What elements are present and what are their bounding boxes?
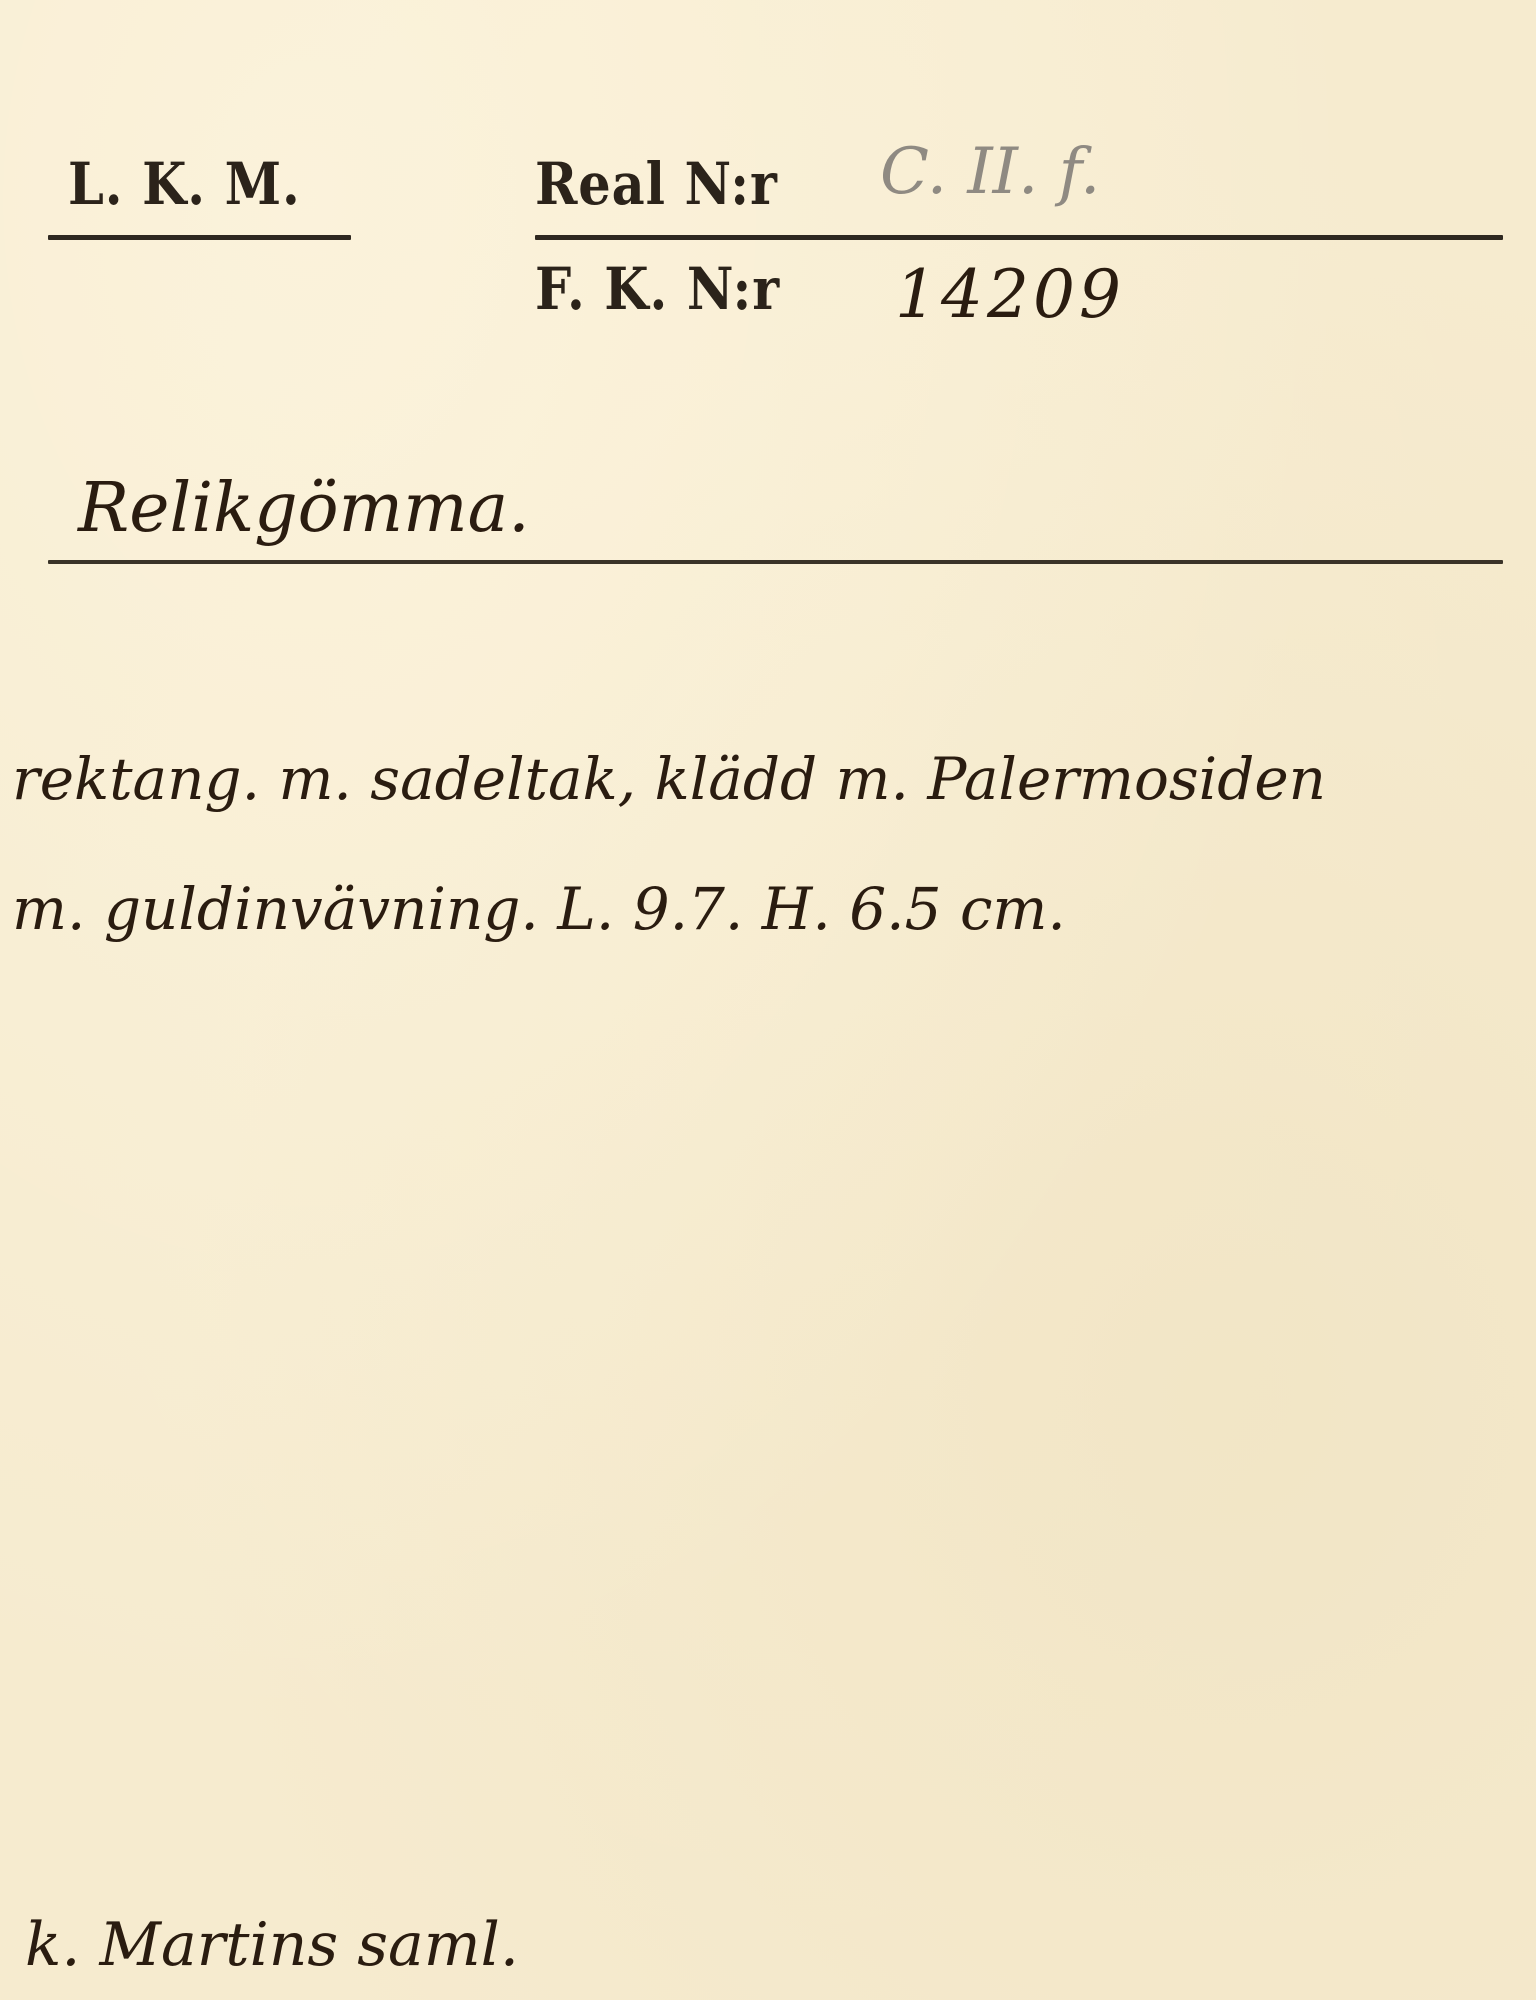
description-line-2: m. guldinvävning. L. 9.7. H. 6.5 cm. [12, 880, 1066, 938]
description-line-1: rektang. m. sadeltak, klädd m. Palermosi… [12, 750, 1326, 808]
institution-underline [48, 235, 351, 240]
title-rule [48, 560, 1503, 564]
real-number-value: C. II. f. [880, 140, 1100, 204]
object-title: Relikgömma. [78, 475, 530, 543]
institution-label: L. K. M. [68, 155, 301, 213]
catalog-card: L. K. M. Real N:r C. II. f. F. K. N:r 14… [0, 0, 1536, 2000]
fk-number-value: 14209 [895, 262, 1125, 328]
provenance-note: k. Martins saml. [25, 1915, 519, 1975]
real-number-rule [535, 235, 1503, 240]
real-number-label: Real N:r [535, 155, 778, 213]
fk-number-label: F. K. N:r [535, 260, 780, 318]
